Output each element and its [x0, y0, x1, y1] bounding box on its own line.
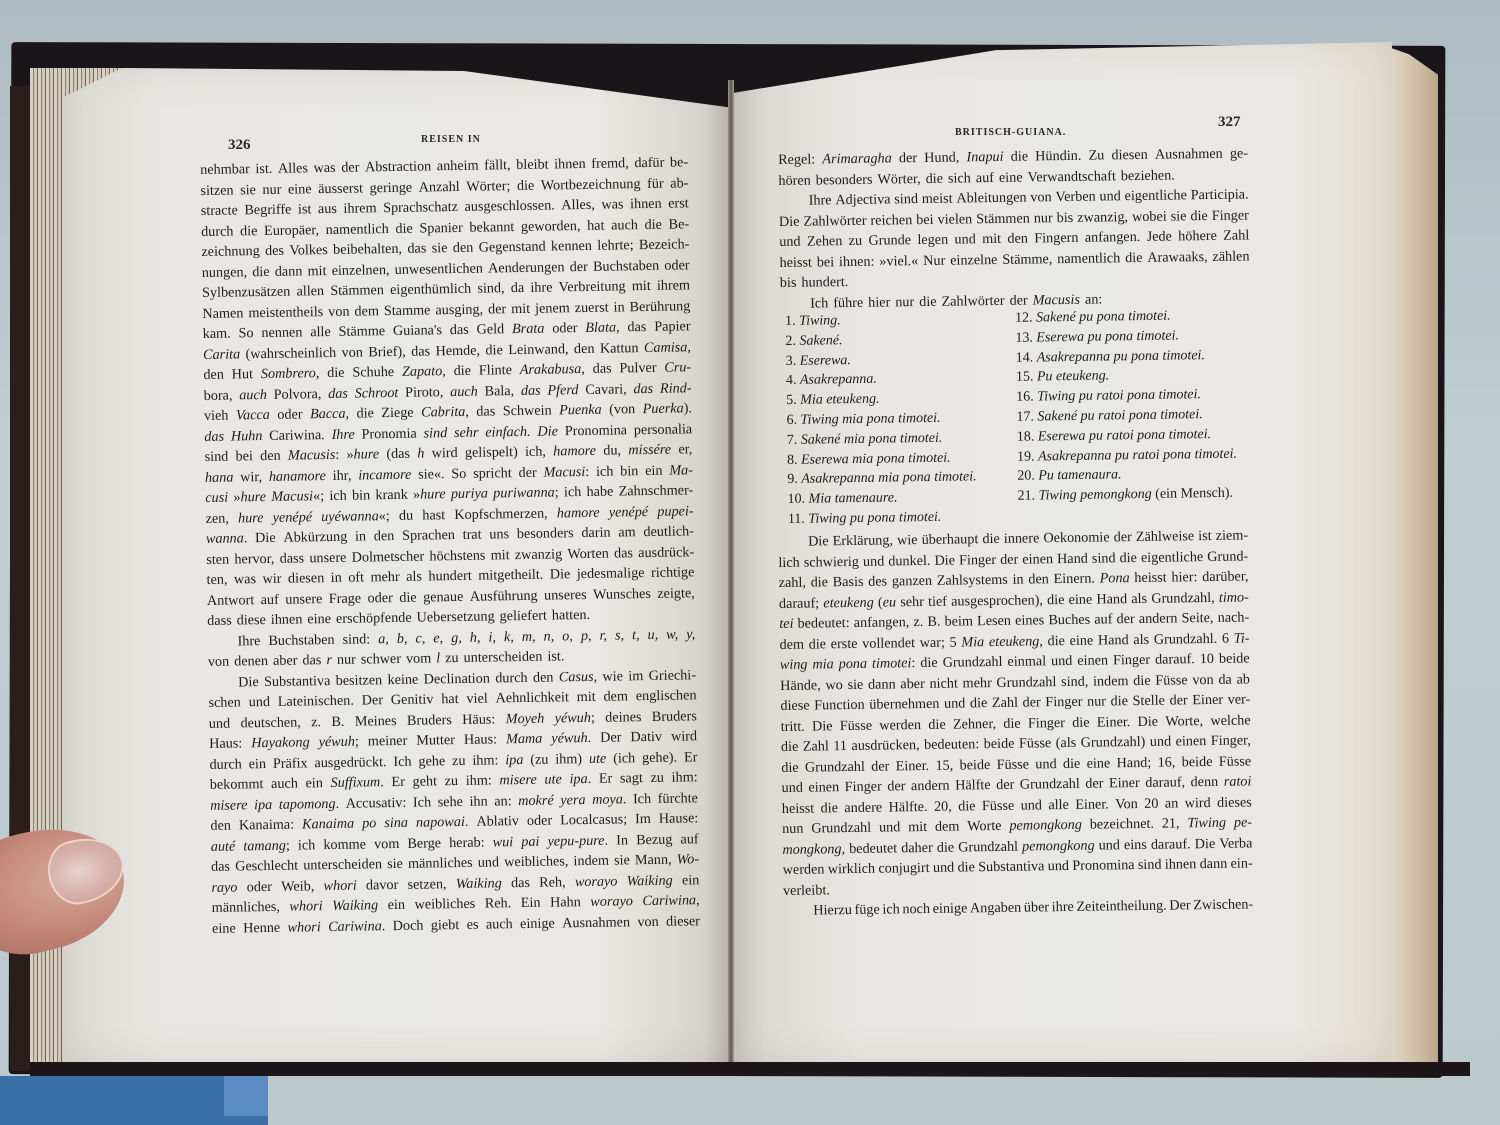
word: Ma-	[669, 460, 693, 481]
word: spricht	[473, 463, 512, 484]
word: Grundzahl	[942, 652, 1002, 673]
word: Bezeich-	[639, 234, 690, 255]
word: auch	[271, 774, 298, 795]
word: diesen	[288, 568, 325, 589]
numeral-word: Asakrepanna pu ratoi pona timotei.	[1038, 446, 1237, 464]
word: Einer	[1109, 773, 1140, 794]
word: Zwischen-	[1193, 894, 1253, 915]
word: beide	[984, 734, 1015, 755]
word: wird	[1185, 792, 1211, 813]
word: mit	[982, 229, 1001, 250]
word: sagt	[620, 768, 643, 789]
word: Füsse	[1155, 670, 1188, 691]
word: Hündin.	[1035, 146, 1081, 167]
word: c,	[415, 628, 425, 649]
word: ein	[645, 460, 663, 481]
word: das	[476, 401, 495, 422]
word: mit	[490, 545, 509, 566]
word: nun	[782, 819, 804, 840]
word: besitzen	[336, 670, 383, 691]
word: höchstens	[429, 545, 485, 566]
word: allen	[296, 281, 324, 302]
word: Substantiva	[264, 671, 331, 693]
word: Suffixum.	[330, 772, 384, 793]
word: mongkong,	[782, 839, 845, 860]
word: den	[1028, 569, 1049, 590]
word: Casus,	[559, 666, 598, 687]
word: Grund-	[1207, 546, 1248, 567]
word: Pronomina	[565, 420, 628, 441]
word: besonders	[816, 169, 873, 190]
word: die	[1011, 147, 1029, 168]
word: tritt.	[781, 716, 805, 737]
word: Weib,	[281, 876, 314, 897]
word: Sprachen	[402, 525, 455, 546]
word: Guiana's	[393, 320, 442, 341]
word: deutlich-	[643, 521, 694, 542]
word: dem	[354, 301, 379, 322]
word: Jede	[1147, 227, 1173, 248]
word: eines	[1015, 610, 1044, 631]
word: Wörter;	[466, 176, 510, 197]
word: Geschlecht	[235, 856, 298, 877]
right-page-intro: Regel:ArimaraghaderHund,InapuidieHündin.…	[778, 143, 1250, 314]
word: Einern.	[1053, 569, 1095, 590]
word: von	[208, 652, 230, 673]
numeral-item: 7. Sakené mia pona timotei.	[787, 428, 977, 450]
word: Ich	[393, 751, 411, 772]
word: Grundzahl,	[1151, 587, 1215, 608]
word: Fingern	[1034, 228, 1078, 249]
word: die	[356, 403, 374, 424]
word: Meines	[355, 710, 397, 731]
word: Cru-	[664, 357, 691, 378]
word: durch	[201, 221, 234, 242]
numeral-word: Eserewa.	[800, 353, 851, 369]
word: nur	[337, 650, 356, 671]
word: sten	[206, 549, 229, 570]
word: ihn	[469, 791, 487, 812]
word: aus	[318, 199, 337, 220]
word: der	[488, 299, 506, 320]
word: Zeiteintheilung.	[1076, 896, 1167, 918]
word: der	[899, 148, 917, 169]
word: bedeutet:	[797, 613, 849, 634]
numeral-number: 15.	[1016, 370, 1037, 385]
word: Alles,	[561, 195, 595, 216]
word: Die	[812, 716, 833, 737]
word: die	[485, 340, 503, 361]
word: 20,	[934, 796, 952, 817]
word: Ausnahmen	[562, 912, 630, 934]
word: die	[1110, 691, 1128, 712]
word: oder	[527, 811, 553, 832]
word: Puenka	[559, 400, 602, 421]
word: er,	[678, 439, 692, 460]
word: werden	[879, 715, 921, 736]
word: und	[249, 692, 271, 713]
word: Finger	[1113, 650, 1150, 671]
word: missére	[628, 440, 671, 461]
word: einmal	[1007, 651, 1046, 672]
word: darauf,	[1145, 772, 1185, 793]
word: und	[1021, 795, 1043, 816]
numeral-item: 9. Asakrepanna mia pona timotei.	[787, 468, 977, 490]
word: Bezug	[636, 829, 673, 850]
word: Declination	[424, 668, 491, 690]
word: auf	[1094, 609, 1112, 630]
numeral-word: Mia eteukeng.	[800, 392, 879, 408]
word: Zahl	[803, 736, 829, 757]
word: Ablativ	[476, 811, 519, 832]
word: einen	[1077, 650, 1108, 671]
numeral-word: Tiwing pu ratoi pona timotei.	[1037, 387, 1201, 404]
word: ich,	[525, 442, 546, 463]
word: Hand	[1098, 630, 1129, 651]
word: unterscheiden	[303, 854, 382, 876]
word: darauf.	[1151, 834, 1191, 855]
word: in	[331, 568, 342, 589]
word: Haus:	[464, 729, 497, 750]
word: den	[533, 667, 554, 688]
word: Sombrero,	[261, 363, 320, 384]
word: worayo	[575, 871, 618, 892]
word: von	[637, 911, 659, 932]
word: In	[616, 830, 628, 851]
word: der	[1000, 549, 1018, 570]
word: als	[406, 567, 422, 588]
word: bei	[916, 209, 934, 230]
numeral-number: 5.	[786, 393, 800, 408]
word: Carita	[203, 344, 240, 365]
word: lehrte;	[597, 235, 634, 256]
word: bin	[620, 461, 638, 482]
numeral-word: Mia tamenaure.	[809, 491, 898, 507]
word: jedesmalige	[577, 563, 645, 585]
word: Grundzahl.	[1154, 628, 1218, 649]
word: sie	[387, 854, 403, 875]
word: den	[260, 446, 281, 467]
word: ein	[682, 870, 700, 891]
word: darüber,	[1202, 566, 1249, 587]
word: dass	[207, 611, 232, 632]
word: 5	[949, 632, 956, 653]
word: Buches	[1048, 610, 1090, 631]
word: Ableitungen	[956, 188, 1026, 209]
word: pemongkong	[1009, 815, 1082, 837]
word: Füsse	[982, 795, 1015, 816]
word: heisst	[782, 798, 815, 819]
word: das	[328, 383, 348, 404]
word: tapomong.	[279, 793, 340, 814]
word: (eu	[878, 592, 896, 613]
numeral-word: Tiwing.	[799, 313, 841, 329]
word: Die	[537, 421, 558, 442]
word: bis	[780, 273, 797, 294]
word: hamore	[557, 502, 600, 523]
word: der	[341, 157, 359, 178]
word: Füsse	[1219, 751, 1252, 772]
word: darin	[581, 523, 610, 544]
word: ausgesprochen),	[951, 590, 1043, 612]
word: Grundzahl)	[1081, 732, 1146, 753]
word: Finger	[1045, 692, 1082, 713]
word: Ich	[633, 788, 651, 809]
word: zuerst	[575, 297, 609, 318]
word: fällt,	[484, 155, 511, 176]
word: Macusi:	[543, 461, 589, 482]
numeral-number: 8.	[787, 452, 801, 467]
word: Die	[779, 211, 800, 232]
word: Hause:	[659, 808, 699, 829]
word: kam.	[203, 324, 231, 345]
word: beide	[1182, 751, 1213, 772]
word: auch	[611, 215, 638, 236]
word: Erklärung,	[833, 530, 894, 551]
word: Substantiva	[978, 856, 1044, 877]
numeral-item: 2. Sakené.	[785, 329, 975, 351]
word: ich	[882, 899, 900, 920]
word: Blata,	[585, 317, 620, 338]
word: die	[1047, 590, 1065, 611]
word: Die	[1137, 711, 1158, 732]
word: timotei:	[872, 653, 916, 674]
word: Worte,	[1165, 711, 1203, 732]
word: personalia	[634, 419, 693, 440]
word: den	[1007, 229, 1028, 250]
word: whori	[287, 917, 320, 938]
word: ist	[1198, 526, 1212, 547]
word: und	[863, 551, 885, 572]
word: Einer	[1192, 690, 1223, 711]
word: daher	[901, 837, 933, 858]
word: mit	[577, 687, 596, 708]
word: deines	[605, 707, 642, 728]
word: auté	[211, 836, 236, 857]
word: erste	[831, 633, 858, 654]
word: in	[1012, 570, 1023, 591]
word: sich	[948, 168, 971, 189]
word: höhere	[1178, 226, 1217, 247]
word: be-	[670, 152, 688, 173]
word: im	[628, 666, 643, 687]
word: Verba	[1219, 833, 1252, 854]
numeral-item: 6. Tiwing mia pona timotei.	[786, 408, 976, 430]
word: schwer	[361, 649, 402, 670]
word: die	[982, 529, 1000, 550]
word: ein-	[1230, 853, 1252, 874]
word: den	[574, 338, 595, 359]
word: richtige	[651, 562, 695, 583]
word: ihm:	[466, 770, 492, 791]
word: andern	[911, 776, 950, 797]
word: der	[570, 256, 588, 277]
word: und	[1099, 835, 1121, 856]
word: und	[1150, 732, 1172, 753]
word: und	[779, 232, 801, 253]
word: Bacca,	[310, 404, 349, 425]
word: eine	[288, 179, 312, 200]
word: ich	[564, 482, 582, 503]
word: die	[809, 634, 827, 655]
word: Cariwina.	[269, 425, 325, 446]
word: (zu	[530, 749, 548, 770]
word: die	[1119, 547, 1137, 568]
word: Moyeh	[506, 708, 545, 729]
word: Er	[391, 772, 405, 793]
word: Finger	[959, 549, 996, 570]
word: y,	[686, 624, 695, 645]
word: zwanzig	[515, 544, 563, 565]
word: Hayakong	[251, 732, 310, 753]
word: nur	[262, 179, 281, 200]
word: für	[647, 173, 664, 194]
word: sind	[205, 447, 229, 468]
word: Ausnahmen	[1155, 144, 1223, 165]
word: Zahnschmer-	[618, 480, 693, 502]
word: Stämme	[338, 321, 385, 342]
book-bottom-edge	[30, 1062, 1470, 1076]
word: Präfix	[273, 753, 308, 774]
word: Zahlwörter	[803, 210, 866, 231]
word: pupei-	[657, 501, 694, 522]
word: dann	[275, 261, 303, 282]
numeral-number: 20.	[1017, 469, 1038, 484]
word: nehmbar	[200, 159, 250, 180]
word: sie	[1171, 206, 1187, 227]
word: geworden,	[521, 216, 581, 237]
numeral-word: Eserewa pu ratoi pona timotei.	[1038, 427, 1212, 444]
word: Zahl	[992, 693, 1018, 714]
word: gehe).	[642, 747, 677, 768]
word: die	[644, 214, 662, 235]
word: Pronomia	[361, 423, 416, 444]
word: äusserst	[318, 178, 363, 199]
word: herab:	[449, 832, 485, 853]
word: ihnen	[1165, 854, 1197, 875]
word: Buchstaben	[593, 255, 660, 277]
word: Er	[599, 769, 613, 790]
word: Aehnlichkeit	[495, 687, 569, 709]
numeral-item: 11. Tiwing pu pona timotei.	[788, 507, 978, 529]
numeral-number: 1.	[785, 314, 799, 329]
word: fürchte	[658, 788, 699, 809]
word: (von	[609, 399, 635, 420]
word: ab	[1236, 669, 1250, 690]
word: überhaupt	[922, 529, 979, 550]
word: dem	[779, 634, 804, 655]
word: Piroto,	[405, 382, 444, 403]
word: Camisa,	[644, 337, 691, 358]
word: die	[781, 757, 799, 778]
word: b,	[397, 628, 408, 649]
word: vom	[406, 648, 432, 669]
word: ihm:	[671, 767, 697, 788]
numeral-word: Sakené mia pona timotei.	[801, 431, 943, 448]
word: es	[466, 914, 478, 935]
word: eine	[1086, 753, 1110, 774]
word: oder	[367, 588, 393, 609]
word: wir,	[240, 467, 262, 488]
page-number-left: 326	[228, 137, 251, 154]
word: Stamme	[384, 300, 431, 321]
word: hören	[778, 170, 811, 191]
word: Alles	[278, 158, 308, 179]
word: die	[517, 175, 535, 196]
word: (ich	[613, 748, 635, 769]
word: n,	[543, 626, 554, 647]
word: bora,	[204, 385, 233, 406]
word: ein	[388, 895, 406, 916]
word: (wahrscheinlich	[245, 342, 336, 364]
word: Die	[1195, 833, 1216, 854]
word: Ti-	[1234, 628, 1250, 649]
word: m,	[522, 626, 536, 647]
word: puriya	[451, 484, 488, 505]
word: deutschen,	[240, 712, 301, 733]
word: bezeichnet.	[1090, 814, 1154, 835]
word: eine	[1068, 589, 1092, 610]
word: Schwein	[503, 401, 552, 422]
word: auch	[239, 384, 267, 405]
word: p,	[581, 625, 592, 646]
word: und	[1035, 754, 1057, 775]
word: Stämme,	[1002, 249, 1052, 270]
word: sind	[894, 189, 918, 210]
blue-tag-label	[224, 1076, 268, 1116]
word: yera	[560, 790, 586, 811]
word: eins	[1124, 834, 1147, 855]
word: hundert	[428, 566, 472, 587]
word: Cariwina.	[328, 916, 385, 937]
numeral-number: 13.	[1015, 330, 1036, 345]
word: Ausführung	[470, 585, 538, 607]
word: die	[1125, 247, 1143, 268]
word: mehr	[370, 567, 399, 588]
word: Hand	[1096, 589, 1127, 610]
word: gehe	[418, 751, 445, 772]
word: die	[958, 796, 976, 817]
word: whori	[323, 875, 356, 896]
word: Ein	[521, 893, 541, 914]
word: Verben	[1055, 187, 1095, 208]
word: über	[1024, 897, 1050, 918]
word: oder	[277, 404, 303, 425]
word: dieser	[666, 911, 700, 932]
word: bleibt	[516, 155, 549, 176]
word: auf	[261, 589, 279, 610]
word: Oekonomie	[1043, 527, 1109, 548]
word: So	[238, 323, 253, 344]
word: bekommt	[210, 774, 264, 795]
word: ihrem	[657, 275, 690, 296]
word: Verwandtschaft	[1027, 166, 1116, 188]
word: Pferd	[547, 380, 578, 401]
word: sie	[240, 180, 256, 201]
word: einzelne	[950, 249, 998, 270]
word: ausdrück-	[638, 542, 694, 563]
word: nennen	[261, 322, 302, 343]
word: Grundzahl	[811, 818, 871, 839]
word: da	[1218, 669, 1232, 690]
word: darauf;	[779, 593, 819, 614]
numeral-number: 6.	[786, 413, 800, 428]
word: 16,	[1158, 752, 1176, 773]
word: ipa	[254, 794, 272, 815]
word: geringe	[369, 177, 412, 198]
word: die	[811, 572, 829, 593]
word: legen	[917, 230, 948, 251]
